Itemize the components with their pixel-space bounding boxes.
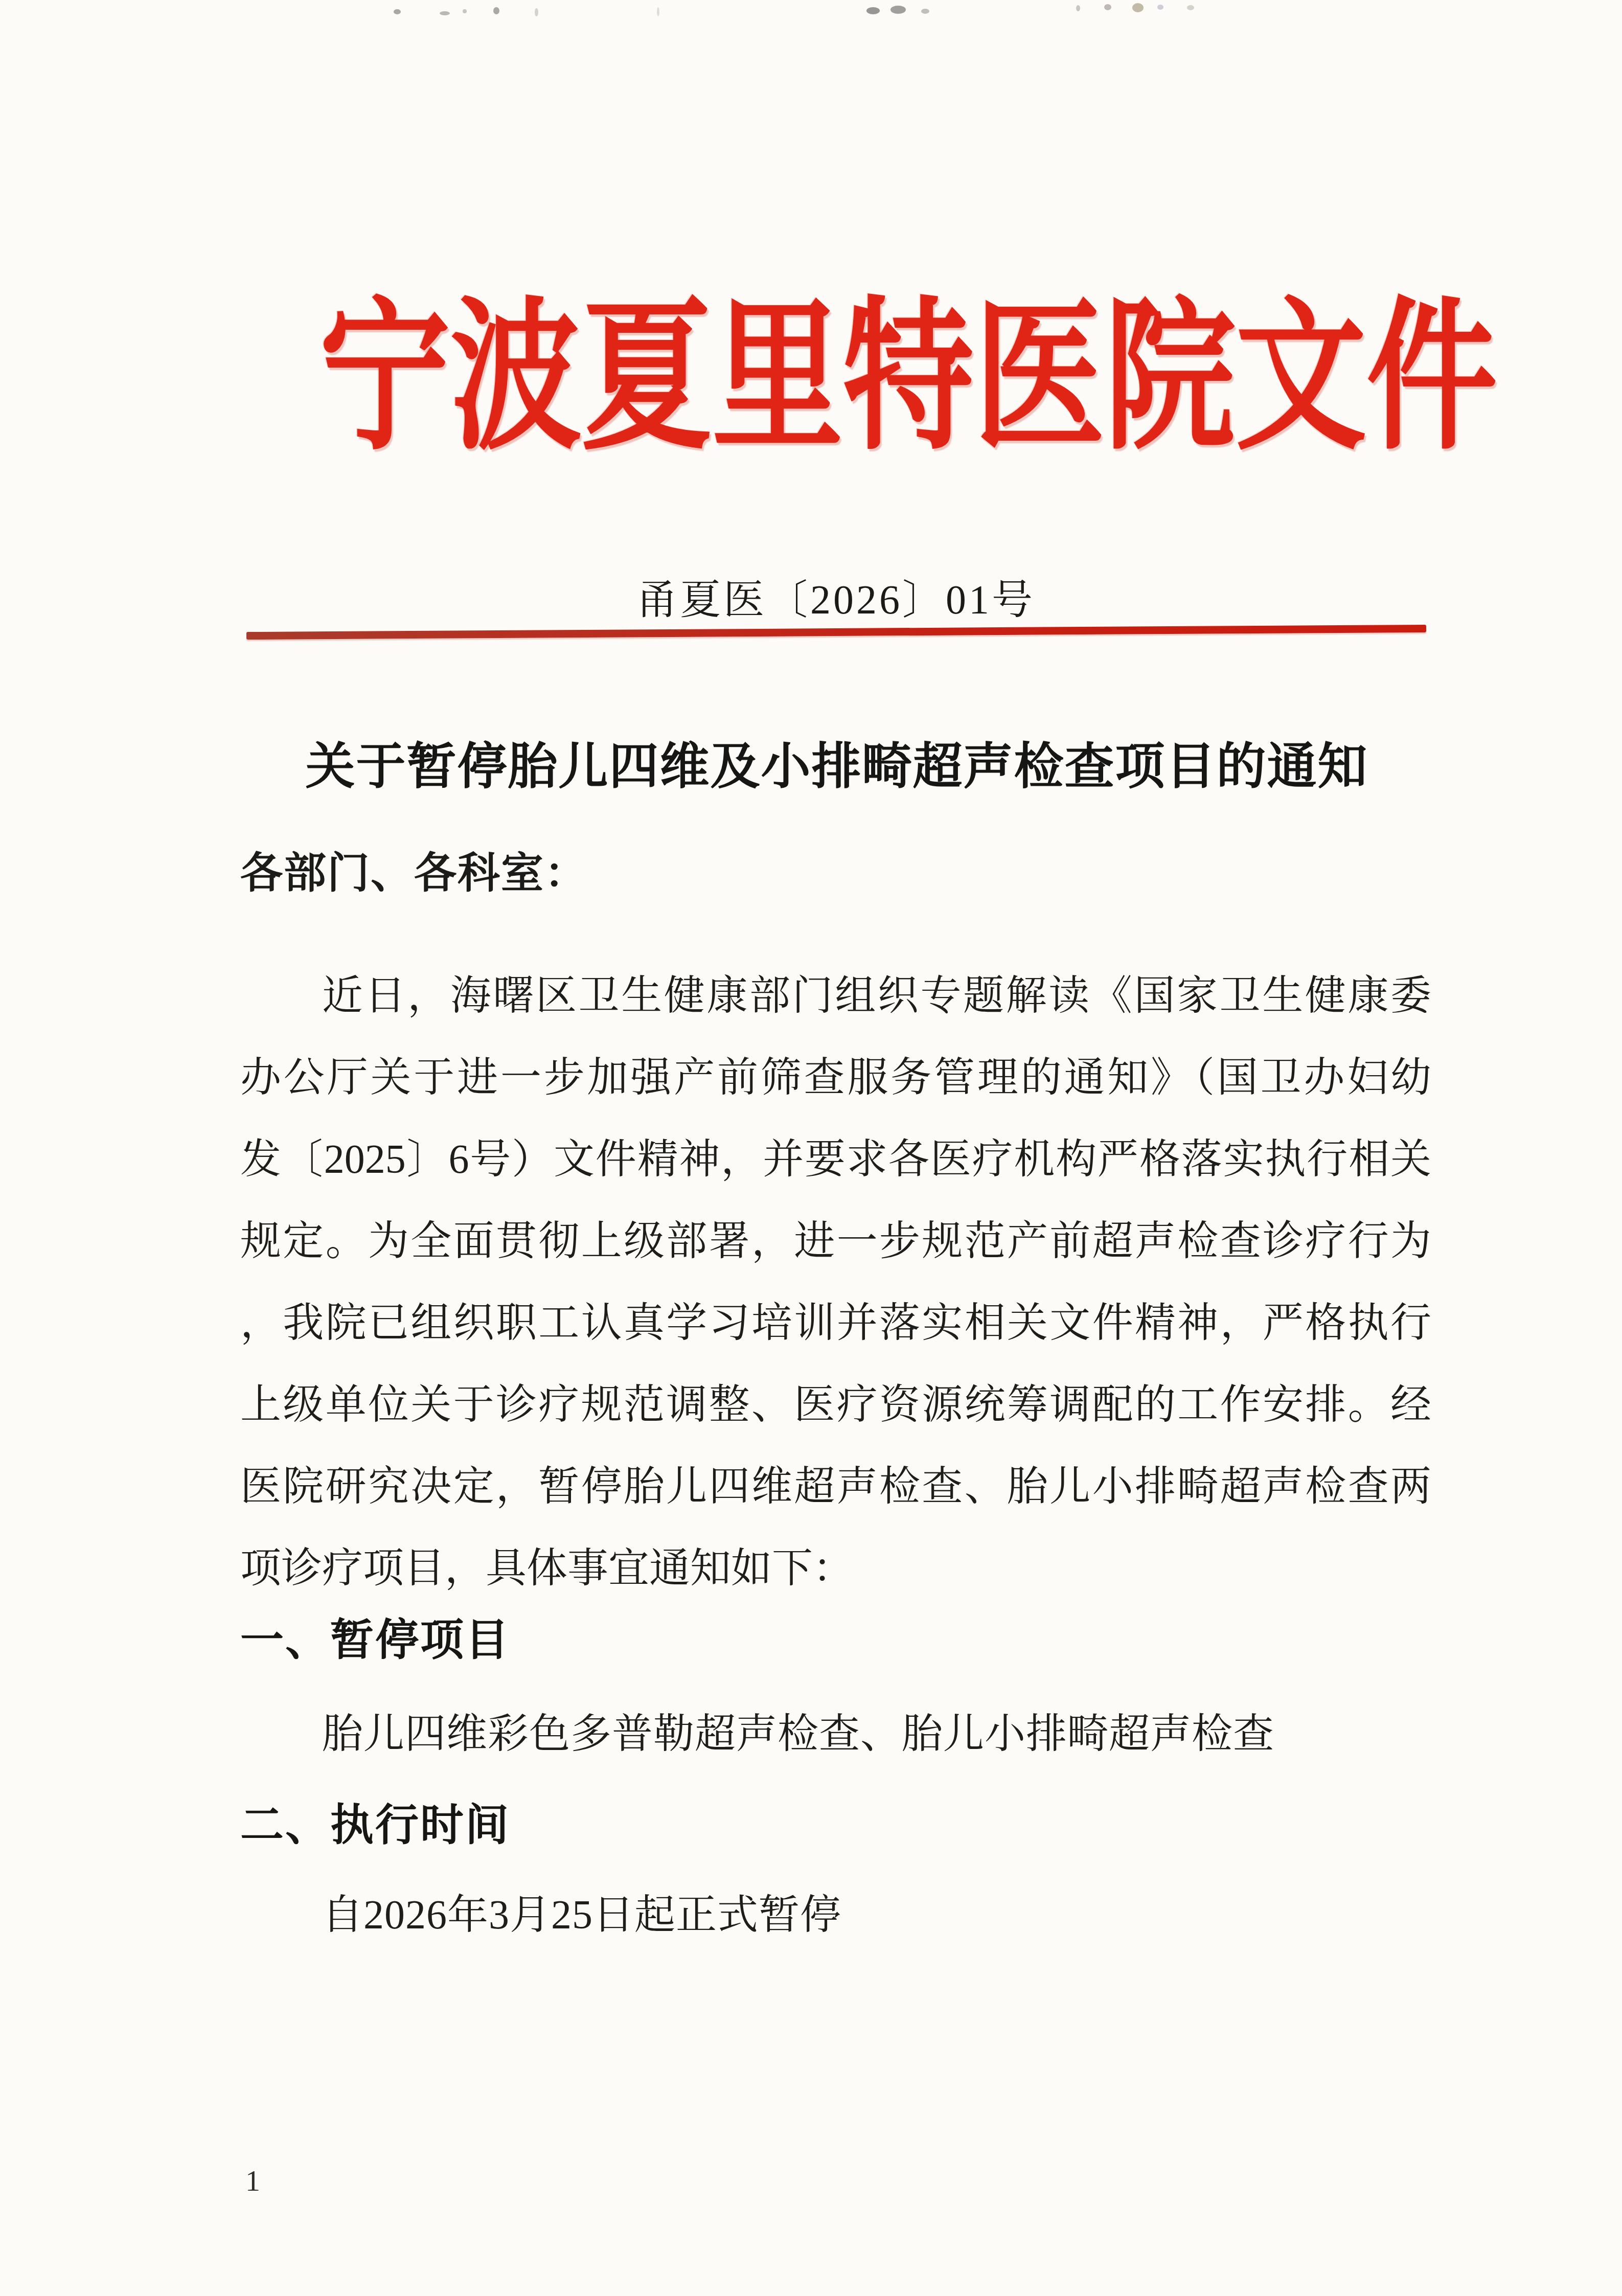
letterhead-hospital-title: 宁波夏里特医院文件 [319,289,1354,469]
scan-speck [493,7,499,14]
salutation: 各部门、各科室： [240,838,588,900]
scan-speck [1187,5,1194,10]
scan-speck [1076,5,1080,11]
scan-speck [1104,4,1111,10]
body-line: 办公厅关于进一步加强产前筛查服务管理的通知》（国卫办妇幼 [240,1037,1431,1119]
body-line: 上级单位关于诊疗规范调整、医疗资源统筹调配的工作安排。经 [240,1364,1431,1446]
scan-speck [463,9,467,13]
scan-speck [394,9,401,14]
body-line: 医院研究决定，暂停胎儿四维超声检查、胎儿小排畸超声检查两 [240,1446,1431,1528]
section-content-suspended-items: 胎儿四维彩色多普勒超声检查、胎儿小排畸超声检查 [322,1700,1274,1759]
scan-speck [921,9,929,14]
scan-speck [657,7,659,16]
page-number: 1 [245,2164,260,2198]
scan-speck [1132,3,1144,12]
body-line: ，我院已组织职工认真学习培训并落实相关文件精神，严格执行 [240,1282,1431,1364]
scan-speck [866,7,880,14]
section-heading-effective-time: 二、执行时间 [240,1790,510,1853]
scan-speck [1157,5,1163,10]
scan-speck [440,11,450,15]
letterhead-divider-line [246,625,1426,640]
notice-body: 近日，海曙区卫生健康部门组织专题解读《国家卫生健康委 办公厅关于进一步加强产前筛… [240,955,1431,1609]
scanned-document-page: 宁波夏里特医院文件 甬夏医〔2026〕01号 关于暂停胎儿四维及小排畸超声检查项… [0,0,1622,2296]
scan-speck [535,8,538,16]
body-line: 规定。为全面贯彻上级部署，进一步规范产前超声检查诊疗行为 [240,1200,1431,1282]
body-line: 项诊疗项目，具体事宜通知如下： [240,1528,1431,1609]
body-line: 近日，海曙区卫生健康部门组织专题解读《国家卫生健康委 [240,955,1431,1037]
section-content-effective-time: 自2026年3月25日起正式暂停 [322,1881,841,1940]
body-line: 发〔2025〕6号）文件精神，并要求各医疗机构严格落实执行相关 [240,1119,1431,1200]
notice-title: 关于暂停胎儿四维及小排畸超声检查项目的通知 [190,726,1483,798]
scan-speck [890,6,906,14]
document-number: 甬夏医〔2026〕01号 [240,566,1431,625]
section-heading-suspended-items: 一、暂停项目 [240,1605,510,1668]
